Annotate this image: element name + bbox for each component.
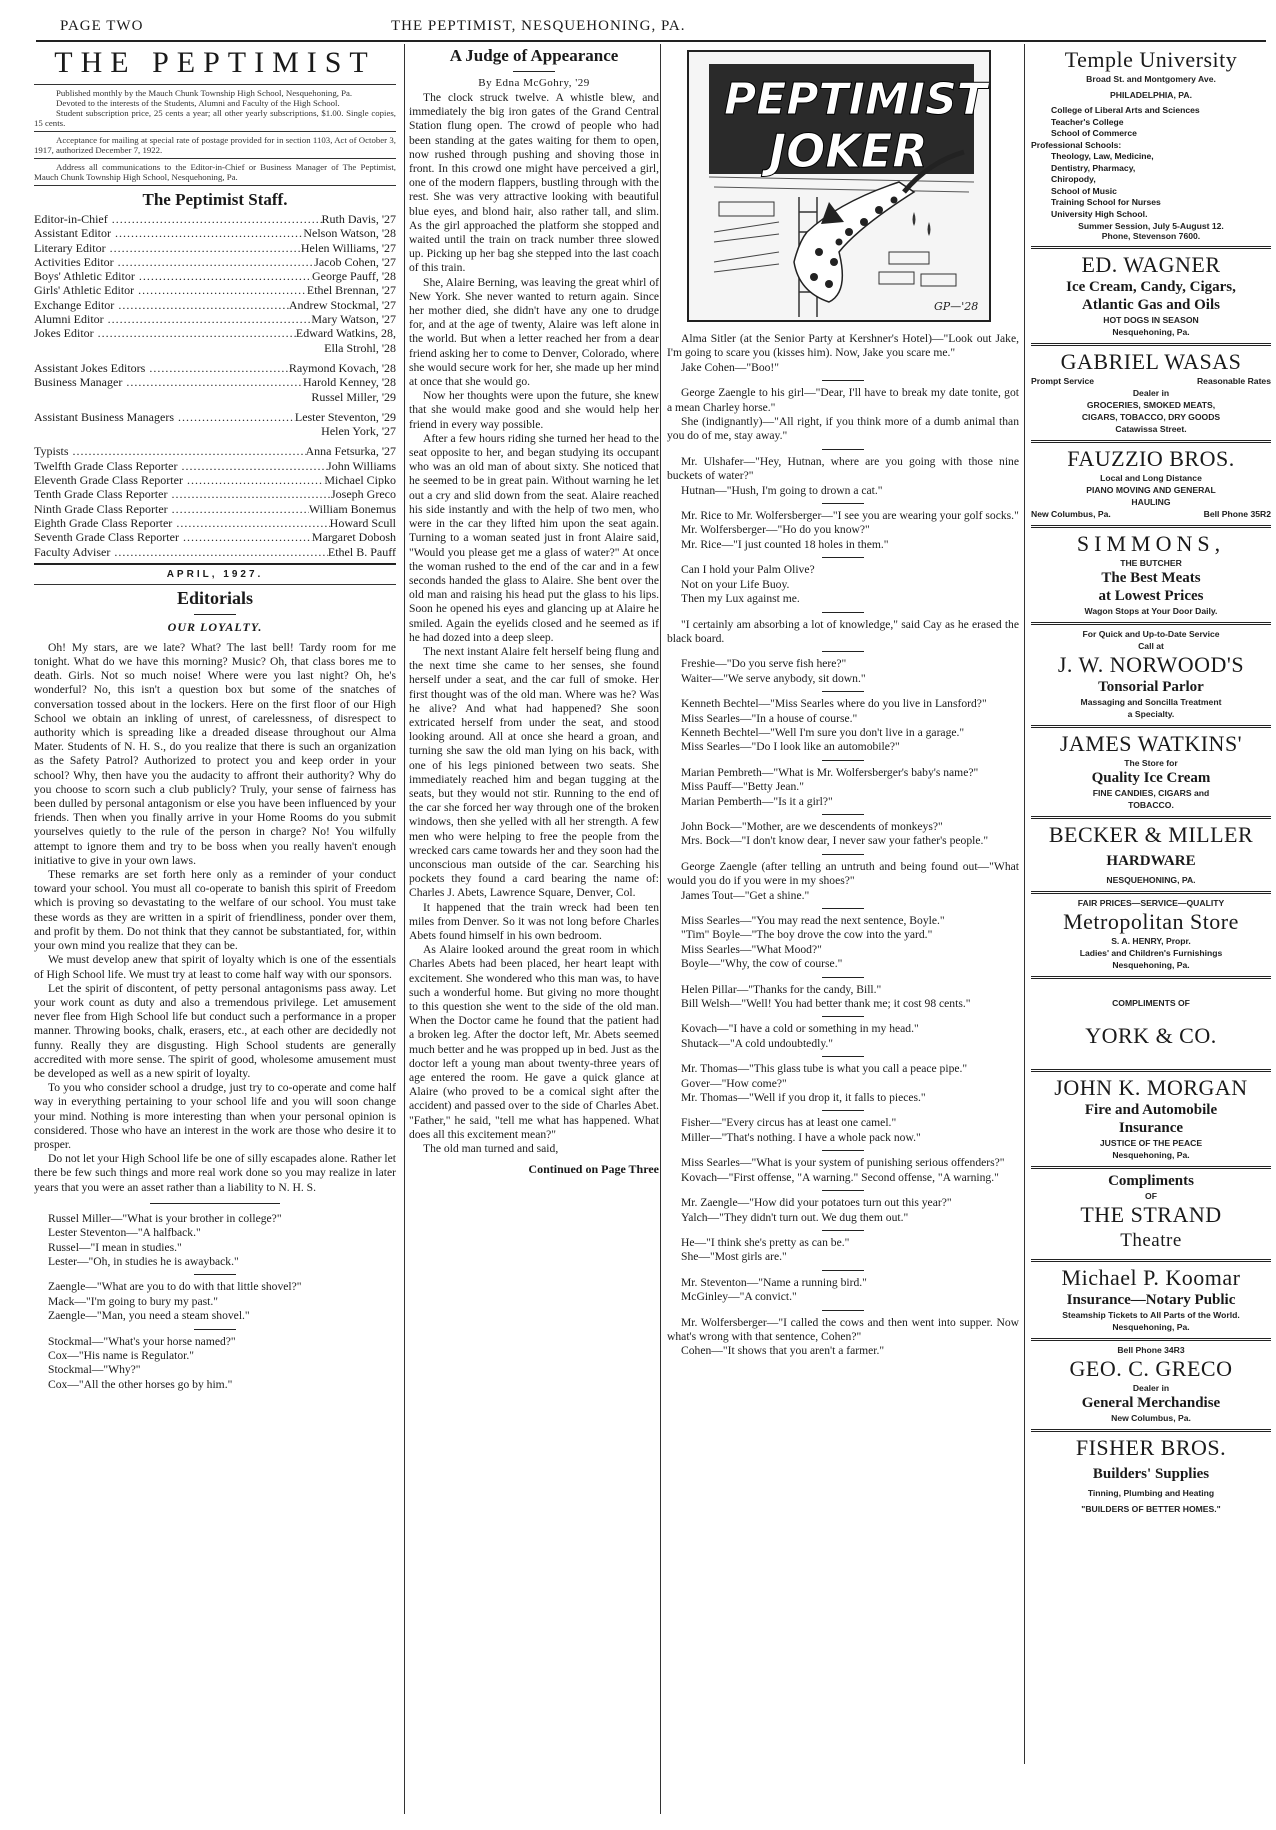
joke-line: Miss Searles—"You may read the next sent… [667,914,1019,928]
joke-line: Miss Searles—"What is your system of pun… [667,1156,1019,1170]
joke-item: He—"I think she's pretty as can be."She—… [667,1236,1019,1265]
story-paragraph: After a few hours riding she turned her … [409,432,659,645]
editorial-paragraph: These remarks are set forth here only as… [34,868,396,953]
joke-line: Waiter—"We serve anybody, sit down." [667,672,1019,686]
story-paragraph: The next instant Alaire felt herself bei… [409,645,659,901]
staff-name: Michael Cipko [324,473,396,487]
ad-line: FINE CANDIES, CIGARS and [1031,787,1271,799]
ad-line: Dealer in [1031,387,1271,399]
ad-name: GABRIEL WASAS [1031,349,1271,375]
staff-name: Nelson Watson, '28 [303,226,396,240]
ad-line: Massaging and Soncilla Treatment [1031,696,1271,708]
staff-role: Activities Editor [34,255,314,269]
joke-divider [822,1016,864,1017]
joke-item: Kenneth Bechtel—"Miss Searles where do y… [667,697,1019,755]
postage-info: Acceptance for mailing at special rate o… [34,135,396,155]
staff-row: Editor-in-ChiefRuth Davis, '27 [34,212,396,226]
ad-line: Theatre [1031,1228,1271,1254]
ad-line: Quality Ice Cream [1031,769,1271,787]
joke-line: Mr. Thomas—"Well if you drop it, it fall… [667,1091,1019,1105]
joke-line: Mack—"I'm going to bury my past." [34,1295,396,1309]
staff-row: Assistant Business ManagersLester Steven… [34,410,396,424]
ad-metropolitan-store: FAIR PRICES—SERVICE—QUALITY Metropolitan… [1031,894,1271,979]
joke-line: James Tout—"Get a shine." [667,889,1019,903]
staff-row: Ninth Grade Class ReporterWilliam Bonemu… [34,502,396,516]
ad-name: YORK & CO. [1031,1023,1271,1049]
staff-name: Edward Watkins, 28, [296,326,396,340]
joke-line: Miss Searles—"In a house of course." [667,712,1019,726]
ad-line: GROCERIES, SMOKED MEATS, [1031,399,1271,411]
ad-york-co: COMPLIMENTS OF YORK & CO. [1031,979,1271,1072]
staff-row: Eleventh Grade Class ReporterMichael Cip… [34,473,396,487]
editorial-title: OUR LOYALTY. [34,620,396,635]
staff-list: Assistant Jokes EditorsRaymond Kovach, '… [34,361,396,390]
staff-name: John Williams [327,459,396,473]
ad-jw-norwood: For Quick and Up-to-Date Service Call at… [1031,625,1271,728]
joke-line: He—"I think she's pretty as can be." [667,1236,1019,1250]
ad-line: OF [1031,1190,1271,1202]
joke-divider [822,1110,864,1111]
ad-line: at Lowest Prices [1031,587,1271,605]
continued-note: Continued on Page Three [409,1162,659,1177]
ad-line: Local and Long Distance [1031,472,1271,484]
joke-line: Lester—"Oh, in studies he is awayback." [34,1255,396,1269]
story-paragraph: It happened that the train wreck had bee… [409,901,659,944]
joke-divider [822,557,864,558]
joke-divider [822,854,864,855]
ad-line: Broad St. and Montgomery Ave. [1031,73,1271,85]
joke-divider [822,380,864,381]
ad-line: School of Commerce [1051,128,1271,140]
joke-line: Stockmal—"Why?" [34,1363,396,1377]
column-story: A Judge of Appearance By Edna McGohry, '… [404,44,659,1814]
staff-role: Seventh Grade Class Reporter [34,530,312,544]
joke-line: Mr. Wolfersberger—"I called the cows and… [667,1316,1019,1345]
joke-divider [822,760,864,761]
ad-line: Dealer in [1031,1382,1271,1394]
story-body: The clock struck twelve. A whistle blew,… [409,91,659,1156]
address-info: Address all communications to the Editor… [34,162,396,182]
joke-item: Helen Pillar—"Thanks for the candy, Bill… [667,983,1019,1012]
ad-gabriel-wasas: GABRIEL WASAS Prompt ServiceReasonable R… [1031,346,1271,443]
ad-ed-wagner: ED. WAGNER Ice Cream, Candy, Cigars, Atl… [1031,249,1271,346]
staff-row: Alumni EditorMary Watson, '27 [34,312,396,326]
story-paragraph: The clock struck twelve. A whistle blew,… [409,91,659,276]
ad-line: CIGARS, TOBACCO, DRY GOODS [1031,411,1271,423]
ad-john-k-morgan: JOHN K. MORGAN Fire and Automobile Insur… [1031,1072,1271,1169]
ad-line: JUSTICE OF THE PEACE [1031,1137,1271,1149]
ad-line: FAIR PRICES—SERVICE—QUALITY [1031,897,1271,909]
staff-name: Ethel Brennan, '27 [307,283,396,297]
column-jokes: PEPTIMIST JOKER G [660,44,1019,1814]
joke-item: Russel Miller—"What is your brother in c… [34,1212,396,1270]
ad-line: Bell Phone 35R2 [1204,508,1271,520]
staff-row: Boys' Athletic EditorGeorge Pauff, '28 [34,269,396,283]
ad-becker-miller: BECKER & MILLER HARDWARE NESQUEHONING, P… [1031,819,1271,894]
joke-line: Alma Sitler (at the Senior Party at Kers… [667,332,1019,361]
ad-fisher-bros: FISHER BROS. Builders' Supplies Tinning,… [1031,1432,1271,1520]
staff-row: Seventh Grade Class ReporterMargaret Dob… [34,530,396,544]
joke-line: Kenneth Bechtel—"Well I'm sure you don't… [667,726,1019,740]
joke-line: Miss Searles—"Do I look like an automobi… [667,740,1019,754]
ad-line: Tinning, Plumbing and Heating [1031,1487,1271,1499]
staff-name: Anna Fetsurka, '27 [306,444,396,458]
ad-line: Compliments [1031,1172,1271,1190]
joke-line: Russel Miller—"What is your brother in c… [34,1212,396,1226]
editorial-paragraph: To you who consider school a drudge, jus… [34,1081,396,1152]
ad-line: a Specialty. [1031,708,1271,720]
staff-role: Exchange Editor [34,298,289,312]
staff-list: Assistant Business ManagersLester Steven… [34,410,396,424]
editorial-body: Oh! My stars, are we late? What? The las… [34,641,396,1195]
joke-item: Stockmal—"What's your horse named?"Cox—"… [34,1335,396,1393]
ad-line: S. A. HENRY, Propr. [1031,935,1271,947]
joke-divider [822,612,864,613]
paper-title: THE PEPTIMIST [34,46,396,80]
ad-line: Dentistry, Pharmacy, [1051,163,1271,175]
joke-line: She—"Most girls are." [667,1250,1019,1264]
joke-line: Shutack—"A cold undoubtedly." [667,1037,1019,1051]
joke-item: John Bock—"Mother, are we descendents of… [667,820,1019,849]
editorial-paragraph: Oh! My stars, are we late? What? The las… [34,641,396,868]
ad-name: JAMES WATKINS' [1031,731,1271,757]
ad-line: Nesquehoning, Pa. [1031,326,1271,338]
joke-line: Helen Pillar—"Thanks for the candy, Bill… [667,983,1019,997]
ad-name: THE STRAND [1031,1202,1271,1228]
joke-divider [822,908,864,909]
joke-line: Mr. Zaengle—"How did your potatoes turn … [667,1196,1019,1210]
ad-line: Prompt Service [1031,375,1094,387]
ad-line: Insurance [1031,1119,1271,1137]
ad-line: HAULING [1031,496,1271,508]
joke-item: Zaengle—"What are you to do with that li… [34,1280,396,1323]
staff-row: Faculty AdviserEthel B. Pauff [34,545,396,559]
joke-line: McGinley—"A convict." [667,1290,1019,1304]
joke-divider [194,1274,236,1275]
joke-line: Miss Pauff—"Betty Jean." [667,780,1019,794]
column-ads: Temple University Broad St. and Montgome… [1024,44,1271,1764]
ad-line: THE BUTCHER [1031,557,1271,569]
column-masthead-editorials: THE PEPTIMIST Published monthly by the M… [34,44,396,1394]
ad-line: Builders' Supplies [1031,1465,1271,1483]
ad-name: Michael P. Koomar [1031,1265,1271,1291]
joke-divider [822,1190,864,1191]
ad-name: J. W. NORWOOD'S [1031,652,1271,678]
staff-name: Joseph Greco [331,487,396,501]
joke-line: She (indignantly)—"All right, if you thi… [667,415,1019,444]
staff-name: Ethel B. Pauff [328,545,396,559]
staff-role: Ninth Grade Class Reporter [34,502,309,516]
ad-line: General Merchandise [1031,1394,1271,1412]
subscription-info: Student subscription price, 25 cents a y… [34,108,396,128]
publisher-info: Devoted to the interests of the Students… [34,98,396,108]
ad-name: ED. WAGNER [1031,252,1271,278]
ad-line: Insurance—Notary Public [1031,1291,1271,1309]
story-paragraph: She, Alaire Berning, was leaving the gre… [409,276,659,390]
ad-fauzzio-bros: FAUZZIO BROS. Local and Long Distance PI… [1031,443,1271,528]
staff-name: Mary Watson, '27 [311,312,396,326]
joke-line: Kovach—"First offense, "A warning." Seco… [667,1171,1019,1185]
staff-role: Eleventh Grade Class Reporter [34,473,324,487]
joke-item: Kovach—"I have a cold or something in my… [667,1022,1019,1051]
ad-line: Professional Schools: [1031,140,1271,152]
staff-role: Editor-in-Chief [34,212,322,226]
story-title: A Judge of Appearance [409,46,659,66]
joke-item: Marian Pembreth—"What is Mr. Wolfersberg… [667,766,1019,809]
ad-line: COMPLIMENTS OF [1031,997,1271,1009]
joke-line: George Zaengle to his girl—"Dear, I'll h… [667,386,1019,415]
joke-item: Can I hold your Palm Olive?Not on your L… [667,563,1019,606]
joke-line: John Bock—"Mother, are we descendents of… [667,820,1019,834]
joke-line: Mr. Wolfersberger—"Ho do you know?" [667,523,1019,537]
joke-item: Alma Sitler (at the Senior Party at Kers… [667,332,1019,375]
staff-role: Tenth Grade Class Reporter [34,487,331,501]
joke-divider [822,1150,864,1151]
ad-name: FAUZZIO BROS. [1031,446,1271,472]
joke-divider [822,1056,864,1057]
staff-name: William Bonemus [309,502,396,516]
ad-geo-greco: Bell Phone 34R3 GEO. C. GRECO Dealer in … [1031,1341,1271,1432]
staff-name: Howard Scull [330,516,396,530]
editorial-paragraph: Do not let your High School life be one … [34,1152,396,1195]
joke-line: George Zaengle (after telling an untruth… [667,860,1019,889]
joke-line: Mr. Rice to Mr. Wolfersberger—"I see you… [667,509,1019,523]
ad-line: TOBACCO. [1031,799,1271,811]
joke-line: Kovach—"I have a cold or something in my… [667,1022,1019,1036]
joke-line: Mr. Thomas—"This glass tube is what you … [667,1062,1019,1076]
ad-michael-koomar: Michael P. Koomar Insurance—Notary Publi… [1031,1262,1271,1341]
ad-name: FISHER BROS. [1031,1435,1271,1461]
staff-role: Alumni Editor [34,312,311,326]
joke-divider [194,1329,236,1330]
staff-row: Girls' Athletic EditorEthel Brennan, '27 [34,283,396,297]
ad-line: Training School for Nurses [1051,197,1271,209]
staff-name: Margaret Dobosh [312,530,396,544]
staff-row: Assistant Jokes EditorsRaymond Kovach, '… [34,361,396,375]
joke-line: Mr. Steventon—"Name a running bird." [667,1276,1019,1290]
page-number: PAGE TWO [60,18,143,35]
ad-line: College of Liberal Arts and Sciences [1051,105,1271,117]
joke-line: Freshie—"Do you serve fish here?" [667,657,1019,671]
ad-line: Tonsorial Parlor [1031,678,1271,696]
staff-role: Girls' Athletic Editor [34,283,307,297]
joke-line: Kenneth Bechtel—"Miss Searles where do y… [667,697,1019,711]
joke-line: Not on your Life Buoy. [667,578,1019,592]
joke-line: "I certainly am absorbing a lot of knowl… [667,618,1019,647]
staff-row: TypistsAnna Fetsurka, '27 [34,444,396,458]
joke-divider [822,691,864,692]
publisher-info: Published monthly by the Mauch Chunk Tow… [34,88,396,98]
joke-item: Miss Searles—"You may read the next sent… [667,914,1019,972]
svg-text:JOKER: JOKER [761,124,928,178]
joke-line: Mr. Rice—"I just counted 18 holes in the… [667,538,1019,552]
ad-line: University High School. [1051,209,1271,221]
joke-line: Mr. Ulshafer—"Hey, Hutnan, where are you… [667,455,1019,484]
joke-line: Bill Welsh—"Well! You had better thank m… [667,997,1019,1011]
joke-line: Jake Cohen—"Boo!" [667,361,1019,375]
staff-name: Russel Miller, '29 [34,390,396,404]
joke-line: Mrs. Bock—"I don't know dear, I never sa… [667,834,1019,848]
staff-role: Business Manager [34,375,303,389]
joke-line: "Tim" Boyle—"The boy drove the cow into … [667,928,1019,942]
joke-item: "I certainly am absorbing a lot of knowl… [667,618,1019,647]
staff-role: Literary Editor [34,241,301,255]
ad-line: New Columbus, Pa. [1031,508,1111,520]
joke-line: Lester Steventon—"A halfback." [34,1226,396,1240]
staff-role: Assistant Editor [34,226,303,240]
joke-item: Miss Searles—"What is your system of pun… [667,1156,1019,1185]
ad-line: Theology, Law, Medicine, [1051,151,1271,163]
ad-line: Chiropody, [1051,174,1271,186]
joke-line: Cox—"All the other horses go by him." [34,1378,396,1392]
staff-row: Assistant EditorNelson Watson, '28 [34,226,396,240]
joke-item: Fisher—"Every circus has at least one ca… [667,1116,1019,1145]
joke-line: Then my Lux against me. [667,592,1019,606]
joke-line: Gover—"How come?" [667,1077,1019,1091]
ad-name: BECKER & MILLER [1031,822,1271,848]
staff-row: Activities EditorJacob Cohen, '27 [34,255,396,269]
ad-line: "BUILDERS OF BETTER HOMES." [1031,1503,1271,1515]
ad-line: Bell Phone 34R3 [1031,1344,1271,1356]
staff-row: Eighth Grade Class ReporterHoward Scull [34,516,396,530]
ad-james-watkins: JAMES WATKINS' The Store for Quality Ice… [1031,728,1271,819]
ad-name: SIMMONS, [1031,531,1271,557]
editorials-heading: Editorials [34,588,396,609]
masthead: PAGE TWO THE PEPTIMIST, NESQUEHONING, PA… [36,8,1266,36]
joke-item: George Zaengle (after telling an untruth… [667,860,1019,903]
joke-item: Mr. Thomas—"This glass tube is what you … [667,1062,1019,1105]
story-paragraph: As Alaire looked around the great room i… [409,943,659,1142]
staff-name: Andrew Stockmal, '27 [289,298,396,312]
joke-divider [822,1310,864,1311]
newspaper-page: PAGE TWO THE PEPTIMIST, NESQUEHONING, PA… [0,0,1276,1830]
staff-name: George Pauff, '28 [312,269,396,283]
joke-item: Mr. Wolfersberger—"I called the cows and… [667,1316,1019,1359]
joke-divider [822,449,864,450]
ad-line: HARDWARE [1031,852,1271,870]
joke-line: Boyle—"Why, the cow of course." [667,957,1019,971]
staff-name: Harold Kenney, '28 [303,375,396,389]
editorial-paragraph: Let the spirit of discontent, of petty p… [34,982,396,1081]
ad-line: Nesquehoning, Pa. [1031,1321,1271,1333]
staff-row: Tenth Grade Class ReporterJoseph Greco [34,487,396,501]
joke-line: Yalch—"They didn't turn out. We dug them… [667,1211,1019,1225]
ad-line: Nesquehoning, Pa. [1031,959,1271,971]
ad-name: Metropolitan Store [1031,909,1271,935]
staff-name: Helen Williams, '27 [301,241,396,255]
joke-item: Freshie—"Do you serve fish here?"Waiter—… [667,657,1019,686]
joke-item: Mr. Ulshafer—"Hey, Hutnan, where are you… [667,455,1019,498]
ad-name: JOHN K. MORGAN [1031,1075,1271,1101]
joke-divider [822,1230,864,1231]
ad-line: For Quick and Up-to-Date Service [1031,628,1271,640]
issue-date: APRIL, 1927. [34,569,396,580]
ad-line: Teacher's College [1051,117,1271,129]
staff-name: Ella Strohl, '28 [34,341,396,355]
joke-item: Mr. Rice to Mr. Wolfersberger—"I see you… [667,509,1019,552]
joke-divider [822,814,864,815]
ad-line: PIANO MOVING AND GENERAL [1031,484,1271,496]
jokes-list: Russel Miller—"What is your brother in c… [34,1212,396,1392]
joke-line: Zaengle—"What are you to do with that li… [34,1280,396,1294]
joke-line: Zaengle—"Man, you need a steam shovel." [34,1309,396,1323]
staff-heading: The Peptimist Staff. [34,190,396,210]
running-head: THE PEPTIMIST, NESQUEHONING, PA. [391,18,686,35]
ad-line: NESQUEHONING, PA. [1031,874,1271,886]
joke-line: Cohen—"It shows that you aren't a farmer… [667,1344,1019,1358]
joke-line: Marian Pemberth—"Is it a girl?" [667,795,1019,809]
ad-line: The Best Meats [1031,569,1271,587]
staff-name: Lester Steventon, '29 [295,410,396,424]
ad-simmons: SIMMONS, THE BUTCHER The Best Meats at L… [1031,528,1271,625]
top-rule [36,40,1266,42]
joke-divider [822,651,864,652]
staff-row: Jokes EditorEdward Watkins, 28, [34,326,396,340]
staff-row: Twelfth Grade Class ReporterJohn William… [34,459,396,473]
staff-name: Helen York, '27 [34,424,396,438]
joke-line: Stockmal—"What's your horse named?" [34,1335,396,1349]
ad-line: School of Music [1051,186,1271,198]
ad-line: The Store for [1031,757,1271,769]
ad-temple-university: Temple University Broad St. and Montgome… [1031,44,1271,249]
staff-row: Business ManagerHarold Kenney, '28 [34,375,396,389]
ad-line: Reasonable Rates [1197,375,1271,387]
joke-divider [822,977,864,978]
ad-line: Ice Cream, Candy, Cigars, [1031,278,1271,296]
staff-role: Eighth Grade Class Reporter [34,516,330,530]
joke-line: Miss Searles—"What Mood?" [667,943,1019,957]
svg-text:GP—'28: GP—'28 [934,300,978,313]
ad-name: GEO. C. GRECO [1031,1356,1271,1382]
ad-name: Temple University [1031,47,1271,73]
ad-lines: College of Liberal Arts and SciencesTeac… [1031,105,1271,220]
ad-line: Atlantic Gas and Oils [1031,296,1271,314]
staff-name: Raymond Kovach, '28 [289,361,396,375]
editorial-paragraph: We must develop anew that spirit of loya… [34,953,396,981]
staff-list: TypistsAnna Fetsurka, '27Twelfth Grade C… [34,444,396,558]
staff-name: Jacob Cohen, '27 [314,255,396,269]
staff-row: Exchange EditorAndrew Stockmal, '27 [34,298,396,312]
ad-line: Call at [1031,640,1271,652]
staff-row: Literary EditorHelen Williams, '27 [34,241,396,255]
ad-line: New Columbus, Pa. [1031,1412,1271,1424]
staff-role: Faculty Adviser [34,545,328,559]
joke-line: Russel—"I mean in studies." [34,1241,396,1255]
joke-item: Mr. Zaengle—"How did your potatoes turn … [667,1196,1019,1225]
ad-line: Fire and Automobile [1031,1101,1271,1119]
ad-line: Nesquehoning, Pa. [1031,1149,1271,1161]
staff-role: Twelfth Grade Class Reporter [34,459,327,473]
clown-illustration-icon: PEPTIMIST JOKER G [689,52,989,320]
ad-line: Wagon Stops at Your Door Daily. [1031,605,1271,617]
ad-line: Steamship Tickets to All Parts of the Wo… [1031,1309,1271,1321]
staff-role: Jokes Editor [34,326,296,340]
joke-item: George Zaengle to his girl—"Dear, I'll h… [667,386,1019,444]
joke-item: Mr. Steventon—"Name a running bird."McGi… [667,1276,1019,1305]
story-paragraph: The old man turned and said, [409,1142,659,1156]
ad-line: PHILADELPHIA, PA. [1031,89,1271,101]
joke-line: Miller—"That's nothing. I have a whole p… [667,1131,1019,1145]
ad-line: Phone, Stevenson 7600. [1031,232,1271,241]
joke-line: Hutnan—"Hush, I'm going to drown a cat." [667,484,1019,498]
joke-divider [822,1270,864,1271]
joker-cartoon: PEPTIMIST JOKER G [687,50,991,322]
story-paragraph: Now her thoughts were upon the future, s… [409,389,659,432]
svg-text:PEPTIMIST: PEPTIMIST [724,74,989,125]
joke-divider [822,503,864,504]
staff-role: Assistant Business Managers [34,410,295,424]
staff-role: Boys' Athletic Editor [34,269,312,283]
